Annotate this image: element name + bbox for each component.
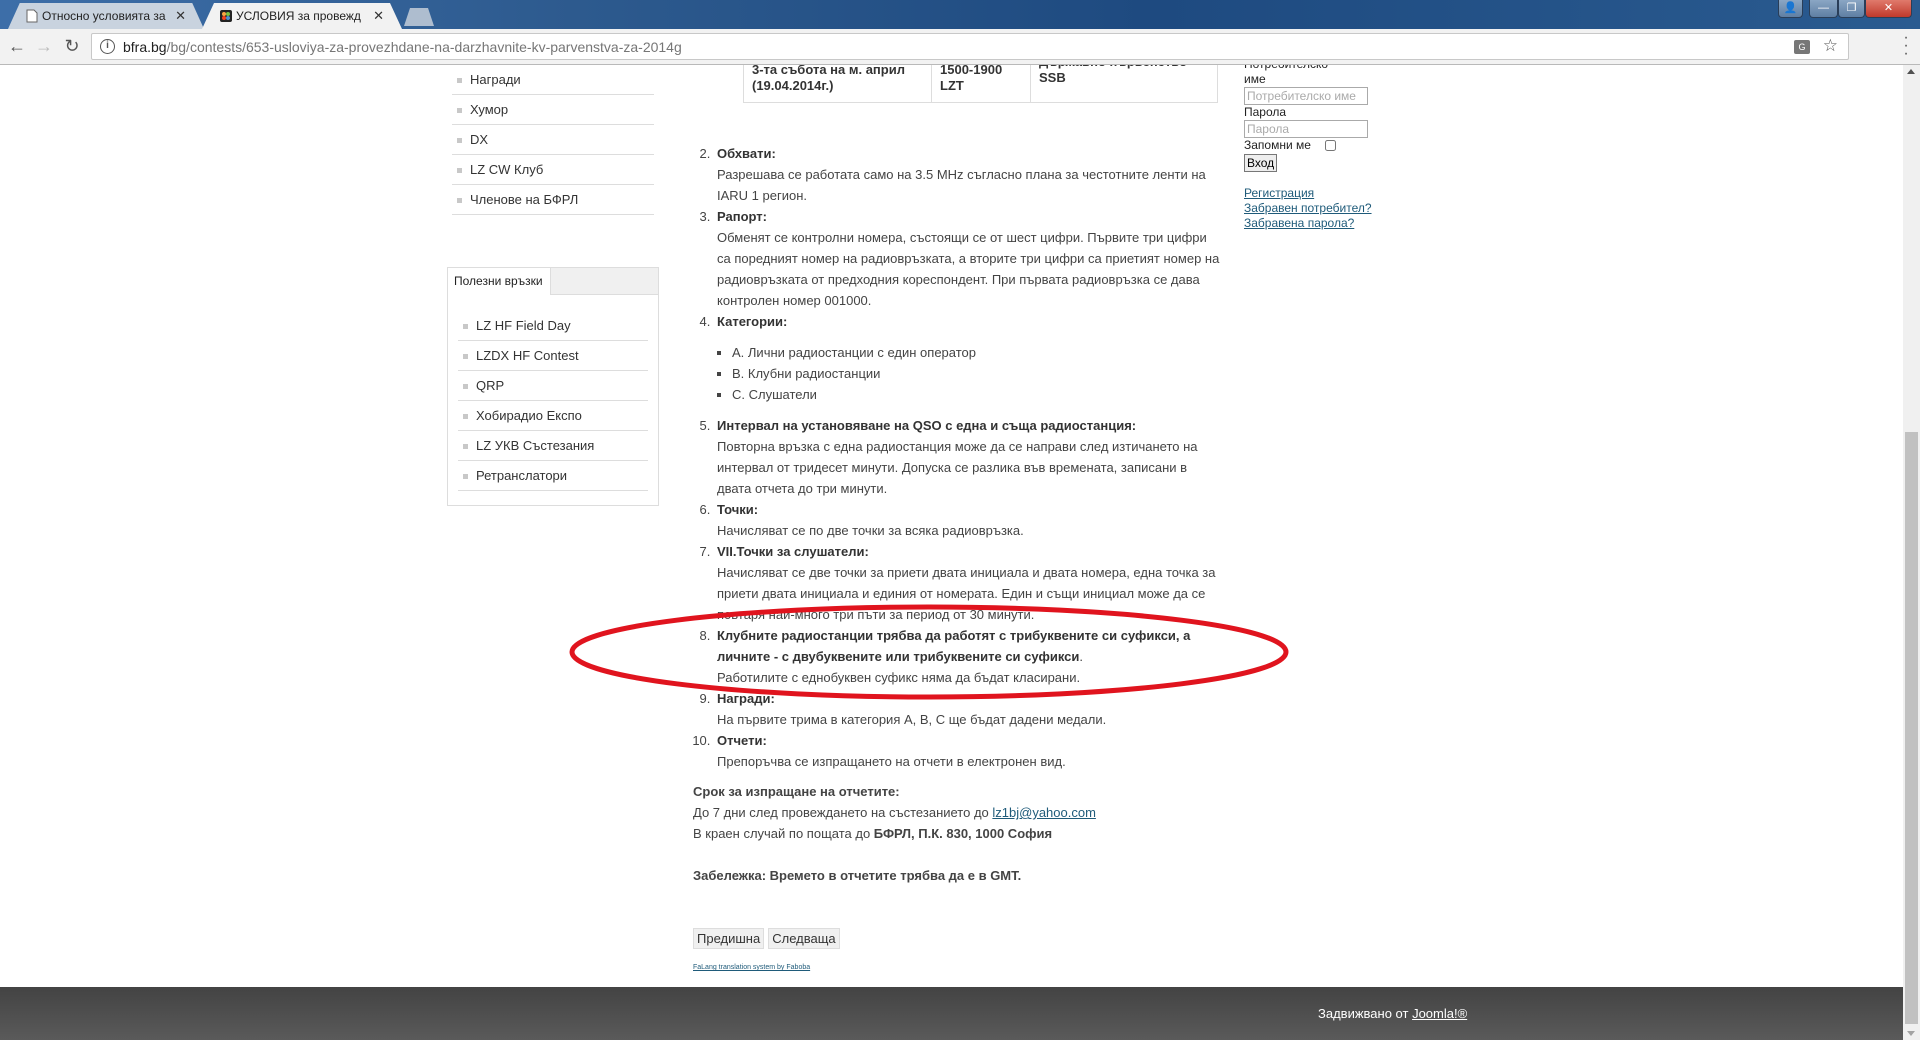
bookmark-star-icon[interactable]: ☆ xyxy=(1823,36,1838,56)
tab-usloviya[interactable]: УСЛОВИЯ за провеждан ✕ xyxy=(202,3,402,29)
useful-links-box: Полезни връзки LZ HF Field Day LZDX HF C… xyxy=(447,267,659,506)
page-viewport: Награди Хумор DX LZ CW Клуб Членове на Б… xyxy=(0,65,1903,1040)
next-button[interactable]: Следваща xyxy=(768,928,839,949)
new-tab-button[interactable] xyxy=(404,8,434,26)
rule-text: Работилите с еднобуквен суфикс няма да б… xyxy=(717,667,1223,688)
url-text[interactable]: bfra.bg/bg/contests/653-usloviya-za-prov… xyxy=(123,39,682,55)
email-link[interactable]: lz1bj@yahoo.com xyxy=(992,805,1096,820)
rule-title: VII.Точки за слушатели: xyxy=(717,544,869,559)
rule-title: Категории: xyxy=(717,314,787,329)
previous-button[interactable]: Предишна xyxy=(693,928,764,949)
falang-link[interactable]: FaLang translation system by Faboba xyxy=(693,957,1223,978)
back-icon[interactable]: ← xyxy=(6,36,28,57)
rule-text: Обменят се контролни номера, състоящи се… xyxy=(717,227,1223,311)
deadline-section: Срок за изпращане на отчетите: До 7 дни … xyxy=(693,781,1223,886)
joomla-link[interactable]: Joomla!® xyxy=(1412,1006,1467,1021)
vertical-scrollbar[interactable] xyxy=(1903,65,1920,1040)
sidebar-item-nagradi[interactable]: Награди xyxy=(452,65,654,95)
info-icon[interactable]: i xyxy=(100,39,115,54)
link-lz-hf-field-day[interactable]: LZ HF Field Day xyxy=(458,311,648,341)
username-label: Потребителско име xyxy=(1244,65,1344,87)
browser-toolbar: ← → ↻ i bfra.bg/bg/contests/653-usloviya… xyxy=(0,29,1920,65)
rule-title: Отчети: xyxy=(717,733,767,748)
reload-icon[interactable]: ↻ xyxy=(61,36,83,57)
article-content: 3-та събота на м. април (19.04.2014г.) 1… xyxy=(693,65,1223,978)
scroll-down-icon[interactable] xyxy=(1907,1031,1915,1036)
username-input[interactable] xyxy=(1244,87,1368,105)
useful-links-tab[interactable]: Полезни връзки xyxy=(448,268,551,295)
footer-text: Задвижвано от xyxy=(1318,1006,1412,1021)
rules-list: Обхвати:Разрешава се работата само на 3.… xyxy=(693,143,1223,772)
rule-title: Награди: xyxy=(717,691,775,706)
rule-item: Отчети:Препоръчва се изпращането на отче… xyxy=(714,730,1223,772)
rule-title-suffix: . xyxy=(1079,649,1083,664)
rule-item: Рапорт:Обменят се контролни номера, съст… xyxy=(714,206,1223,311)
link-lz-ukv[interactable]: LZ УКВ Състезания xyxy=(458,431,648,461)
rule-item: Интервал на установяване на QSO с една и… xyxy=(714,415,1223,499)
category-item: A. Лични радиостанции с един оператор xyxy=(732,342,1223,363)
category-item: C. Слушатели xyxy=(732,384,1223,405)
translate-icon[interactable]: G xyxy=(1794,40,1810,54)
link-qrp[interactable]: QRP xyxy=(458,371,648,401)
password-label: Парола xyxy=(1244,105,1384,120)
register-link[interactable]: Регистрация xyxy=(1244,186,1384,201)
post-address: БФРЛ, П.К. 830, 1000 София xyxy=(874,826,1052,841)
scrollbar-thumb[interactable] xyxy=(1905,432,1918,1024)
scroll-up-icon[interactable] xyxy=(1907,69,1915,74)
schedule-contest: Държавно първенство SSB xyxy=(1031,65,1218,103)
category-list: A. Лични радиостанции с един операторB. … xyxy=(717,342,1223,405)
sidebar-item-members[interactable]: Членове на БФРЛ xyxy=(452,185,654,215)
rule-text: Препоръчва се изпращането на отчети в ел… xyxy=(717,751,1223,772)
forgot-username-link[interactable]: Забравен потребител? xyxy=(1244,201,1384,216)
link-lzdx-hf-contest[interactable]: LZDX HF Contest xyxy=(458,341,648,371)
schedule-table: 3-та събота на м. април (19.04.2014г.) 1… xyxy=(743,65,1218,103)
rule-item: Обхвати:Разрешава се работата само на 3.… xyxy=(714,143,1223,206)
page-footer: Задвижвано от Joomla!® xyxy=(0,987,1903,1040)
rule-item: Клубните радиостанции трябва да работят … xyxy=(714,625,1223,688)
link-hobiradio-expo[interactable]: Хобирадио Експо xyxy=(458,401,648,431)
rule-text: Повторна връзка с една радиостанция може… xyxy=(717,436,1223,499)
rule-item: Точки:Начисляват се по две точки за всяк… xyxy=(714,499,1223,541)
sidebar-item-lz-cw-club[interactable]: LZ CW Клуб xyxy=(452,155,654,185)
menu-dots-icon[interactable]: ··· xyxy=(1900,34,1912,58)
sidebar-menu: Награди Хумор DX LZ CW Клуб Членове на Б… xyxy=(452,65,654,215)
sidebar-item-humor[interactable]: Хумор xyxy=(452,95,654,125)
forward-icon[interactable]: → xyxy=(33,36,55,57)
tab-label: УСЛОВИЯ за провеждан xyxy=(236,3,361,29)
link-retranslatori[interactable]: Ретранслатори xyxy=(458,461,648,491)
forgot-password-link[interactable]: Забравена парола? xyxy=(1244,216,1384,231)
page-icon xyxy=(26,9,38,23)
post-text: В краен случай по пощата до xyxy=(693,826,874,841)
tab-label: Относно условията за о xyxy=(42,3,167,29)
rule-title: Клубните радиостанции трябва да работят … xyxy=(717,628,1190,664)
rule-title: Интервал на установяване на QSO с една и… xyxy=(717,418,1136,433)
rule-text: Разрешава се работата само на 3.5 MHz съ… xyxy=(717,164,1223,206)
close-window-button[interactable]: ✕ xyxy=(1865,0,1912,18)
rule-item: Категории:A. Лични радиостанции с един о… xyxy=(714,311,1223,405)
rule-text: На първите трима в категория A, B, C ще … xyxy=(717,709,1223,730)
sidebar-item-dx[interactable]: DX xyxy=(452,125,654,155)
rule-title: Обхвати: xyxy=(717,146,776,161)
joomla-favicon-icon xyxy=(220,9,232,23)
remember-label: Запомни ме xyxy=(1244,138,1311,153)
login-button[interactable]: Вход xyxy=(1244,154,1277,172)
rule-item: Награди:На първите трима в категория A, … xyxy=(714,688,1223,730)
close-tab-icon[interactable]: ✕ xyxy=(175,3,186,29)
tab-otnosno[interactable]: Относно условията за о ✕ xyxy=(8,3,204,29)
rule-item: VII.Точки за слушатели:Начисляват се две… xyxy=(714,541,1223,625)
password-input[interactable] xyxy=(1244,120,1368,138)
category-item: B. Клубни радиостанции xyxy=(732,363,1223,384)
user-profile-icon[interactable]: 👤 xyxy=(1778,0,1803,18)
rule-title: Точки: xyxy=(717,502,758,517)
maximize-button[interactable]: ❐ xyxy=(1838,0,1865,18)
login-form: Потребителско име Парола Запомни ме Вход… xyxy=(1244,65,1384,231)
rule-title: Рапорт: xyxy=(717,209,767,224)
deadline-title: Срок за изпращане на отчетите: xyxy=(693,784,900,799)
table-row: 3-та събота на м. април (19.04.2014г.) 1… xyxy=(744,65,1218,103)
schedule-date: 3-та събота на м. април (19.04.2014г.) xyxy=(744,65,932,103)
schedule-time: 1500-1900 LZT xyxy=(932,65,1031,103)
remember-checkbox[interactable] xyxy=(1325,140,1336,151)
pagination: Предишна Следваща xyxy=(693,928,1223,949)
rule-text: Начисляват се по две точки за всяка ради… xyxy=(717,520,1223,541)
address-bar[interactable]: i bfra.bg/bg/contests/653-usloviya-za-pr… xyxy=(91,33,1849,60)
minimize-button[interactable]: — xyxy=(1809,0,1838,18)
gmt-note: Забележка: Времето в отчетите трябва да … xyxy=(693,868,1021,883)
close-tab-icon[interactable]: ✕ xyxy=(373,3,384,29)
deadline-text: До 7 дни след провеждането на състезание… xyxy=(693,805,992,820)
rule-text: Начисляват се две точки за приети двата … xyxy=(717,562,1223,625)
window-titlebar: Относно условията за о ✕ УСЛОВИЯ за пров… xyxy=(0,0,1920,29)
